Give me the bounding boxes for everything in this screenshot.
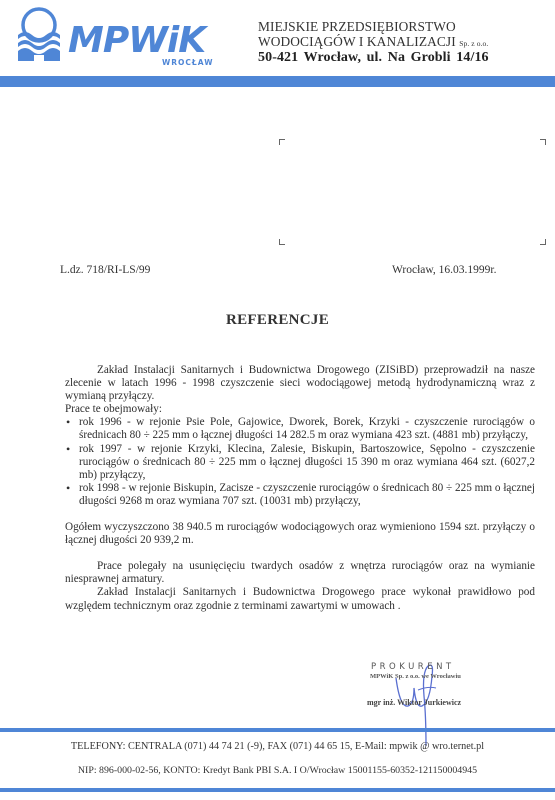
works-list: rok 1996 - w rejonie Psie Pole, Gajowice…	[65, 416, 535, 508]
list-item: rok 1998 - w rejonie Biskupin, Zacisze -…	[79, 482, 535, 508]
mpwik-logo: MPWiK WROCŁAW	[12, 5, 242, 67]
company-header: MIEJSKIE PRZEDSIĘBIORSTWO WODOCIĄGÓW I K…	[258, 20, 489, 66]
header-rule	[0, 76, 555, 87]
stamp-title: PROKURENT	[371, 662, 455, 672]
svg-text:WROCŁAW: WROCŁAW	[162, 58, 213, 67]
company-name-line1: MIEJSKIE PRZEDSIĘBIORSTWO	[258, 20, 489, 35]
paragraph-3: Zakład Instalacji Sanitarnych i Budownic…	[65, 586, 535, 612]
water-drop-emblem-icon	[18, 9, 60, 63]
list-item: rok 1996 - w rejonie Psie Pole, Gajowice…	[79, 416, 535, 442]
window-corner-mark	[540, 139, 546, 145]
footer-rule-bottom	[0, 788, 555, 792]
works-heading: Prace te obejmowały:	[65, 403, 535, 416]
footer-contact: TELEFONY: CENTRALA (071) 44 74 21 (-9), …	[0, 741, 555, 752]
footer-rule-top	[0, 728, 555, 732]
window-corner-mark	[279, 139, 285, 145]
window-corner-mark	[279, 239, 285, 245]
intro-paragraph: Zakład Instalacji Sanitarnych i Budownic…	[65, 364, 535, 403]
signer-name: mgr inż. Wiktor Jurkiewicz	[367, 698, 461, 707]
summary-paragraph: Ogółem wyczyszczono 38 940.5 m rurociągó…	[65, 521, 535, 547]
window-corner-mark	[540, 239, 546, 245]
place-date: Wrocław, 16.03.1999r.	[392, 264, 497, 276]
company-address: 50-421 Wrocław, ul. Na Grobli 14/16	[258, 51, 489, 66]
list-item: rok 1997 - w rejonie Krzyki, Klecina, Za…	[79, 443, 535, 482]
letter-body: Zakład Instalacji Sanitarnych i Budownic…	[65, 364, 535, 613]
company-name-line2: WODOCIĄGÓW I KANALIZACJI Sp. z o.o.	[258, 35, 489, 52]
footer-bank: NIP: 896-000-02-56, KONTO: Kredyt Bank P…	[0, 765, 555, 776]
document-title: REFERENCJE	[0, 312, 555, 329]
svg-text:MPWiK: MPWiK	[68, 20, 209, 61]
company-suffix: Sp. z o.o.	[459, 39, 488, 48]
paragraph-2: Prace polegały na usunięcięciu twardych …	[65, 560, 535, 586]
reference-number: L.dz. 718/RI-LS/99	[60, 264, 150, 276]
stamp-company: MPWiK Sp. z o.o. we Wrocławiu	[370, 673, 461, 680]
